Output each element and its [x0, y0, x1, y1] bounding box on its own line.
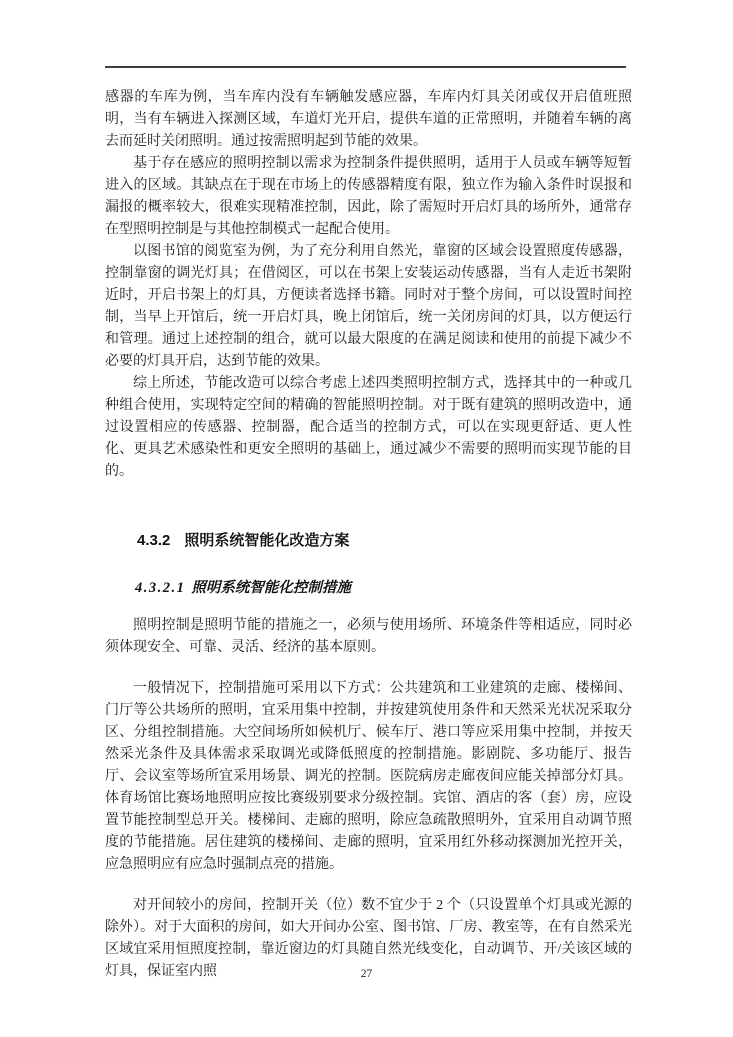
paragraph-summary-four-control-modes: 综上所述，节能改造可以综合考虑上述四类照明控制方式，选择其中的一种或几种组合使用…	[105, 373, 632, 483]
section-heading-4-3-2: 4.3.2照明系统智能化改造方案	[137, 530, 632, 551]
subsection-heading-4-3-2-1: 4.3.2.1照明系统智能化控制措施	[135, 578, 632, 598]
paragraph-general-control-measures: 一般情况下，控制措施可采用以下方式：公共建筑和工业建筑的走廊、楼梯间、门厅等公共…	[105, 678, 632, 876]
paragraph-lighting-control-principles: 照明控制是照明节能的措施之一，必须与使用场所、环境条件等相适应，同时必须体现安全…	[105, 615, 632, 659]
page-header-rule	[105, 66, 626, 68]
page-number: 27	[0, 968, 733, 980]
subsection-heading-number: 4.3.2.1	[135, 580, 185, 596]
page-content: 感器的车库为例，当车库内没有车辆触发感应器，车库内灯具关闭或仅开启值班照明，当有…	[105, 87, 632, 1002]
paragraph-library-reading-room-example: 以图书馆的阅览室为例，为了充分利用自然光，靠窗的区域会设置照度传感器，控制靠窗的…	[105, 241, 632, 373]
section-heading-title: 照明系统智能化改造方案	[184, 532, 349, 549]
section-heading-number: 4.3.2	[137, 532, 170, 549]
subsection-heading-title: 照明系统智能化控制措施	[191, 580, 351, 596]
paragraph-presence-sensing-control: 基于存在感应的照明控制以需求为控制条件提供照明，适用于人员或车辆等短暂进入的区域…	[105, 153, 632, 241]
paragraph-garage-sensor-continuation: 感器的车库为例，当车库内没有车辆触发感应器，车库内灯具关闭或仅开启值班照明，当有…	[105, 87, 632, 153]
document-page: 感器的车库为例，当车库内没有车辆触发感应器，车库内灯具关闭或仅开启值班照明，当有…	[0, 0, 733, 1037]
